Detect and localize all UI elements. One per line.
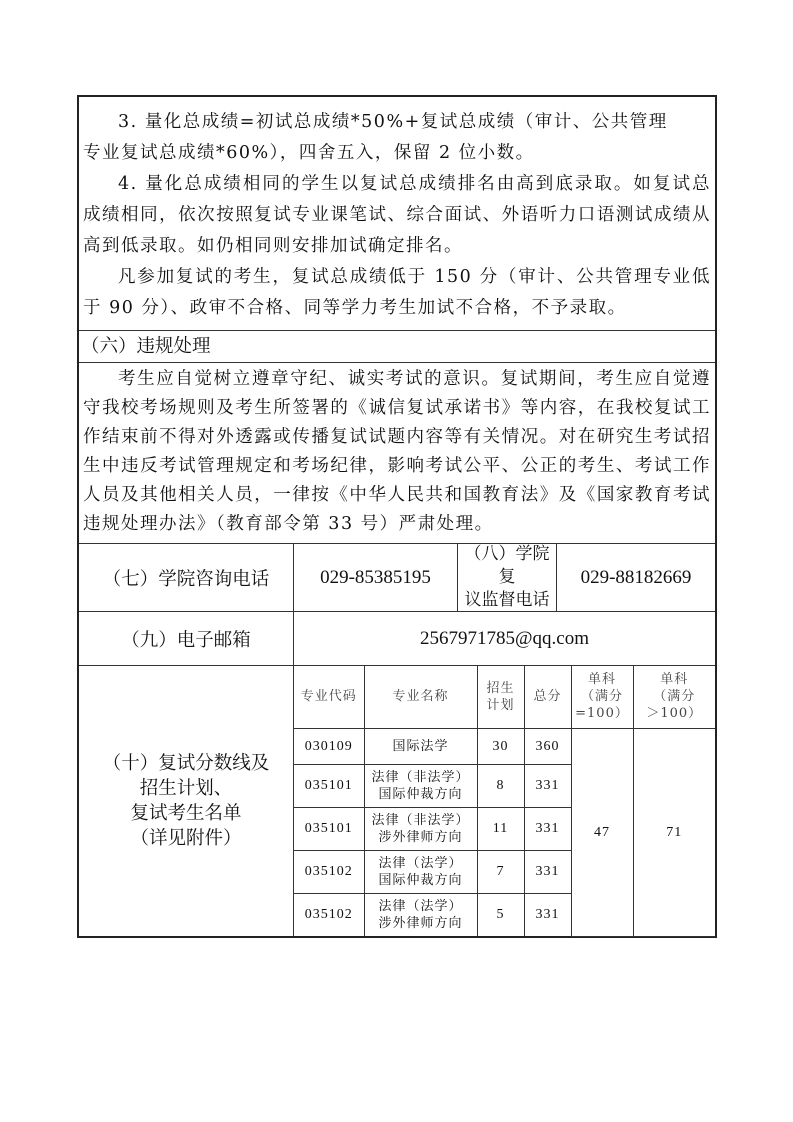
score-line-label: （十）复试分数线及 招生计划、 复试考生名单 （详见附件）: [79, 666, 294, 936]
score-line-table-wrap: 专业代码 专业名称 招生计划 总分 单科（满分=100） 单科（满分＞100） …: [294, 666, 715, 936]
header-single-100: 单科（满分=100）: [571, 666, 633, 728]
table-header-row: 专业代码 专业名称 招生计划 总分 单科（满分=100） 单科（满分＞100）: [294, 666, 715, 728]
table-row: 030109 国际法学 30 360 47 71: [294, 728, 715, 764]
admission-info-table: 3. 量化总成绩=初试总成绩*50%+复试总成绩（审计、公共管理 专业复试总成绩…: [77, 95, 717, 938]
rule-item-3-line2: 专业复试总成绩*60%），四舍五入，保留 2 位小数。: [79, 138, 715, 169]
rule-item-4: 4. 量化总成绩相同的学生以复试总成绩排名由高到底录取。如复试总成绩相同，依次按…: [79, 169, 715, 262]
header-code: 专业代码: [294, 666, 364, 728]
single-100-value: 47: [571, 728, 633, 936]
supervision-phone-label: （八）学院复 议监督电话: [458, 544, 557, 611]
header-name: 专业名称: [364, 666, 477, 728]
score-line-row: （十）复试分数线及 招生计划、 复试考生名单 （详见附件） 专业代码 专业名称 …: [79, 666, 715, 936]
header-plan: 招生计划: [477, 666, 524, 728]
section-6-body: 考生应自觉树立遵章守纪、诚实考试的意识。复试期间，考生应自觉遵守我校考场规则及考…: [79, 363, 715, 544]
score-line-label-1: （十）复试分数线及: [103, 751, 270, 776]
score-line-label-3: 复试考生名单: [130, 801, 241, 826]
scoring-rules-block: 3. 量化总成绩=初试总成绩*50%+复试总成绩（审计、公共管理 专业复试总成绩…: [79, 97, 715, 331]
score-line-table: 专业代码 专业名称 招生计划 总分 单科（满分=100） 单科（满分＞100） …: [294, 666, 715, 937]
email-label: （九）电子邮箱: [79, 612, 294, 665]
supervision-label-line1: （八）学院复: [458, 543, 556, 589]
supervision-phone-value: 029-88182669: [557, 544, 715, 611]
rejection-note: 凡参加复试的考生，复试总成绩低于 150 分（审计、公共管理专业低于 90 分）…: [79, 262, 715, 324]
contact-phone-row: （七）学院咨询电话 029-85385195 （八）学院复 议监督电话 029-…: [79, 544, 715, 612]
score-line-label-4: （详见附件）: [130, 826, 241, 851]
score-line-label-2: 招生计划、: [140, 776, 233, 801]
consult-phone-value: 029-85385195: [294, 544, 458, 611]
email-row: （九）电子邮箱 2567971785@qq.com: [79, 612, 715, 666]
section-6-heading: （六）违规处理: [79, 331, 715, 363]
violation-text: 考生应自觉树立遵章守纪、诚实考试的意识。复试期间，考生应自觉遵守我校考场规则及考…: [79, 365, 715, 539]
single-gt100-value: 71: [633, 728, 715, 936]
email-value: 2567971785@qq.com: [294, 612, 715, 665]
rule-item-3-line1: 3. 量化总成绩=初试总成绩*50%+复试总成绩（审计、公共管理: [79, 107, 715, 138]
supervision-label-line2: 议监督电话: [465, 589, 550, 612]
consult-phone-label: （七）学院咨询电话: [79, 544, 294, 611]
header-single-gt100: 单科（满分＞100）: [633, 666, 715, 728]
header-total: 总分: [524, 666, 571, 728]
